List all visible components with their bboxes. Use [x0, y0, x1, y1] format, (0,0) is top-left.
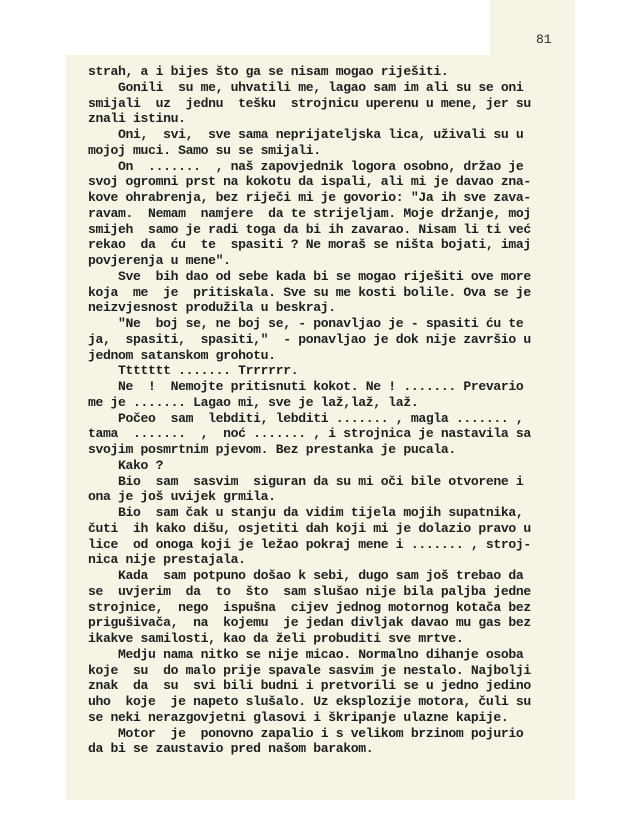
text-line: ona je još uvijek grmila.: [88, 489, 568, 505]
text-line: se uvjerim da to što sam slušao nije bil…: [88, 584, 568, 600]
text-line: jednom satanskom grohotu.: [88, 348, 568, 364]
text-line: Ne ! Nemojte pritisnuti kokot. Ne ! ....…: [88, 379, 568, 395]
page-top-strip: [490, 0, 575, 56]
text-line: Motor je ponovno zapalio i s velikom brz…: [88, 726, 568, 742]
text-line: ikakve samilosti, kao da želi probuditi …: [88, 631, 568, 647]
text-line: uho koje je napeto slušalo. Uz eksplozij…: [88, 694, 568, 710]
text-line: Medju nama nitko se nije micao. Normalno…: [88, 647, 568, 663]
text-line: Bio sam sasvim siguran da su mi oči bile…: [88, 474, 568, 490]
text-line: ravam. Nemam namjere da te strijeljam. M…: [88, 206, 568, 222]
text-line: ja, spasiti, spasiti," - ponavljao je do…: [88, 332, 568, 348]
text-line: On ....... , naš zapovjednik logora osob…: [88, 159, 568, 175]
text-line: tama ....... , noć ....... , i strojnica…: [88, 426, 568, 442]
text-line: koja me je pritiskala. Sve su me kosti b…: [88, 285, 568, 301]
text-line: Počeo sam lebditi, lebditi ....... , mag…: [88, 411, 568, 427]
text-line: Oni, svi, sve sama neprijateljska lica, …: [88, 127, 568, 143]
text-line: "Ne boj se, ne boj se, - ponavljao je - …: [88, 316, 568, 332]
text-line: Ttttttt ....... Trrrrrr.: [88, 363, 568, 379]
text-line: se neki nerazgovjetni glasovi i škripanj…: [88, 710, 568, 726]
page-body-text: strah, a i bijes što ga se nisam mogao r…: [88, 64, 568, 757]
text-line: kove ohrabrenja, bez riječi mi je govori…: [88, 190, 568, 206]
text-line: svojim posmrtnim pjevom. Bez prestanka j…: [88, 442, 568, 458]
text-line: da bi se zaustavio pred našom barakom.: [88, 741, 568, 757]
text-line: znali istinu.: [88, 111, 568, 127]
text-line: povjerenja u mene".: [88, 253, 568, 269]
text-line: čuti ih kako dišu, osjetiti dah koji mi …: [88, 521, 568, 537]
text-line: Kako ?: [88, 458, 568, 474]
text-line: smijeh samo je radi toga da bi ih zavara…: [88, 222, 568, 238]
text-line: neizvjesnost produžila u beskraj.: [88, 300, 568, 316]
text-line: svoj ogromni prst na kokotu da ispali, a…: [88, 174, 568, 190]
text-line: Gonili su me, uhvatili me, lagao sam im …: [88, 80, 568, 96]
text-line: Bio sam čak u stanju da vidim tijela moj…: [88, 505, 568, 521]
text-line: prigušivača, na kojemu je jedan divljak …: [88, 615, 568, 631]
text-line: Sve bih dao od sebe kada bi se mogao rij…: [88, 269, 568, 285]
text-line: lice od onoga koji je ležao pokraj mene …: [88, 537, 568, 553]
text-line: me je ....... Lagao mi, sve je laž,laž, …: [88, 395, 568, 411]
text-line: strah, a i bijes što ga se nisam mogao r…: [88, 64, 568, 80]
text-line: znak da su svi bili budni i pretvorili s…: [88, 678, 568, 694]
text-line: strojnice, nego ispušna cijev jednog mot…: [88, 600, 568, 616]
text-line: Kada sam potpuno došao k sebi, dugo sam …: [88, 568, 568, 584]
page-number: 81: [536, 32, 552, 47]
text-line: koje su do malo prije spavale sasvim je …: [88, 663, 568, 679]
text-line: nica nije prestajala.: [88, 552, 568, 568]
text-line: rekao da ću te spasiti ? Ne moraš se niš…: [88, 237, 568, 253]
text-line: mojoj muci. Samo su se smijali.: [88, 143, 568, 159]
text-line: smijali uz jednu tešku strojnicu uperenu…: [88, 96, 568, 112]
